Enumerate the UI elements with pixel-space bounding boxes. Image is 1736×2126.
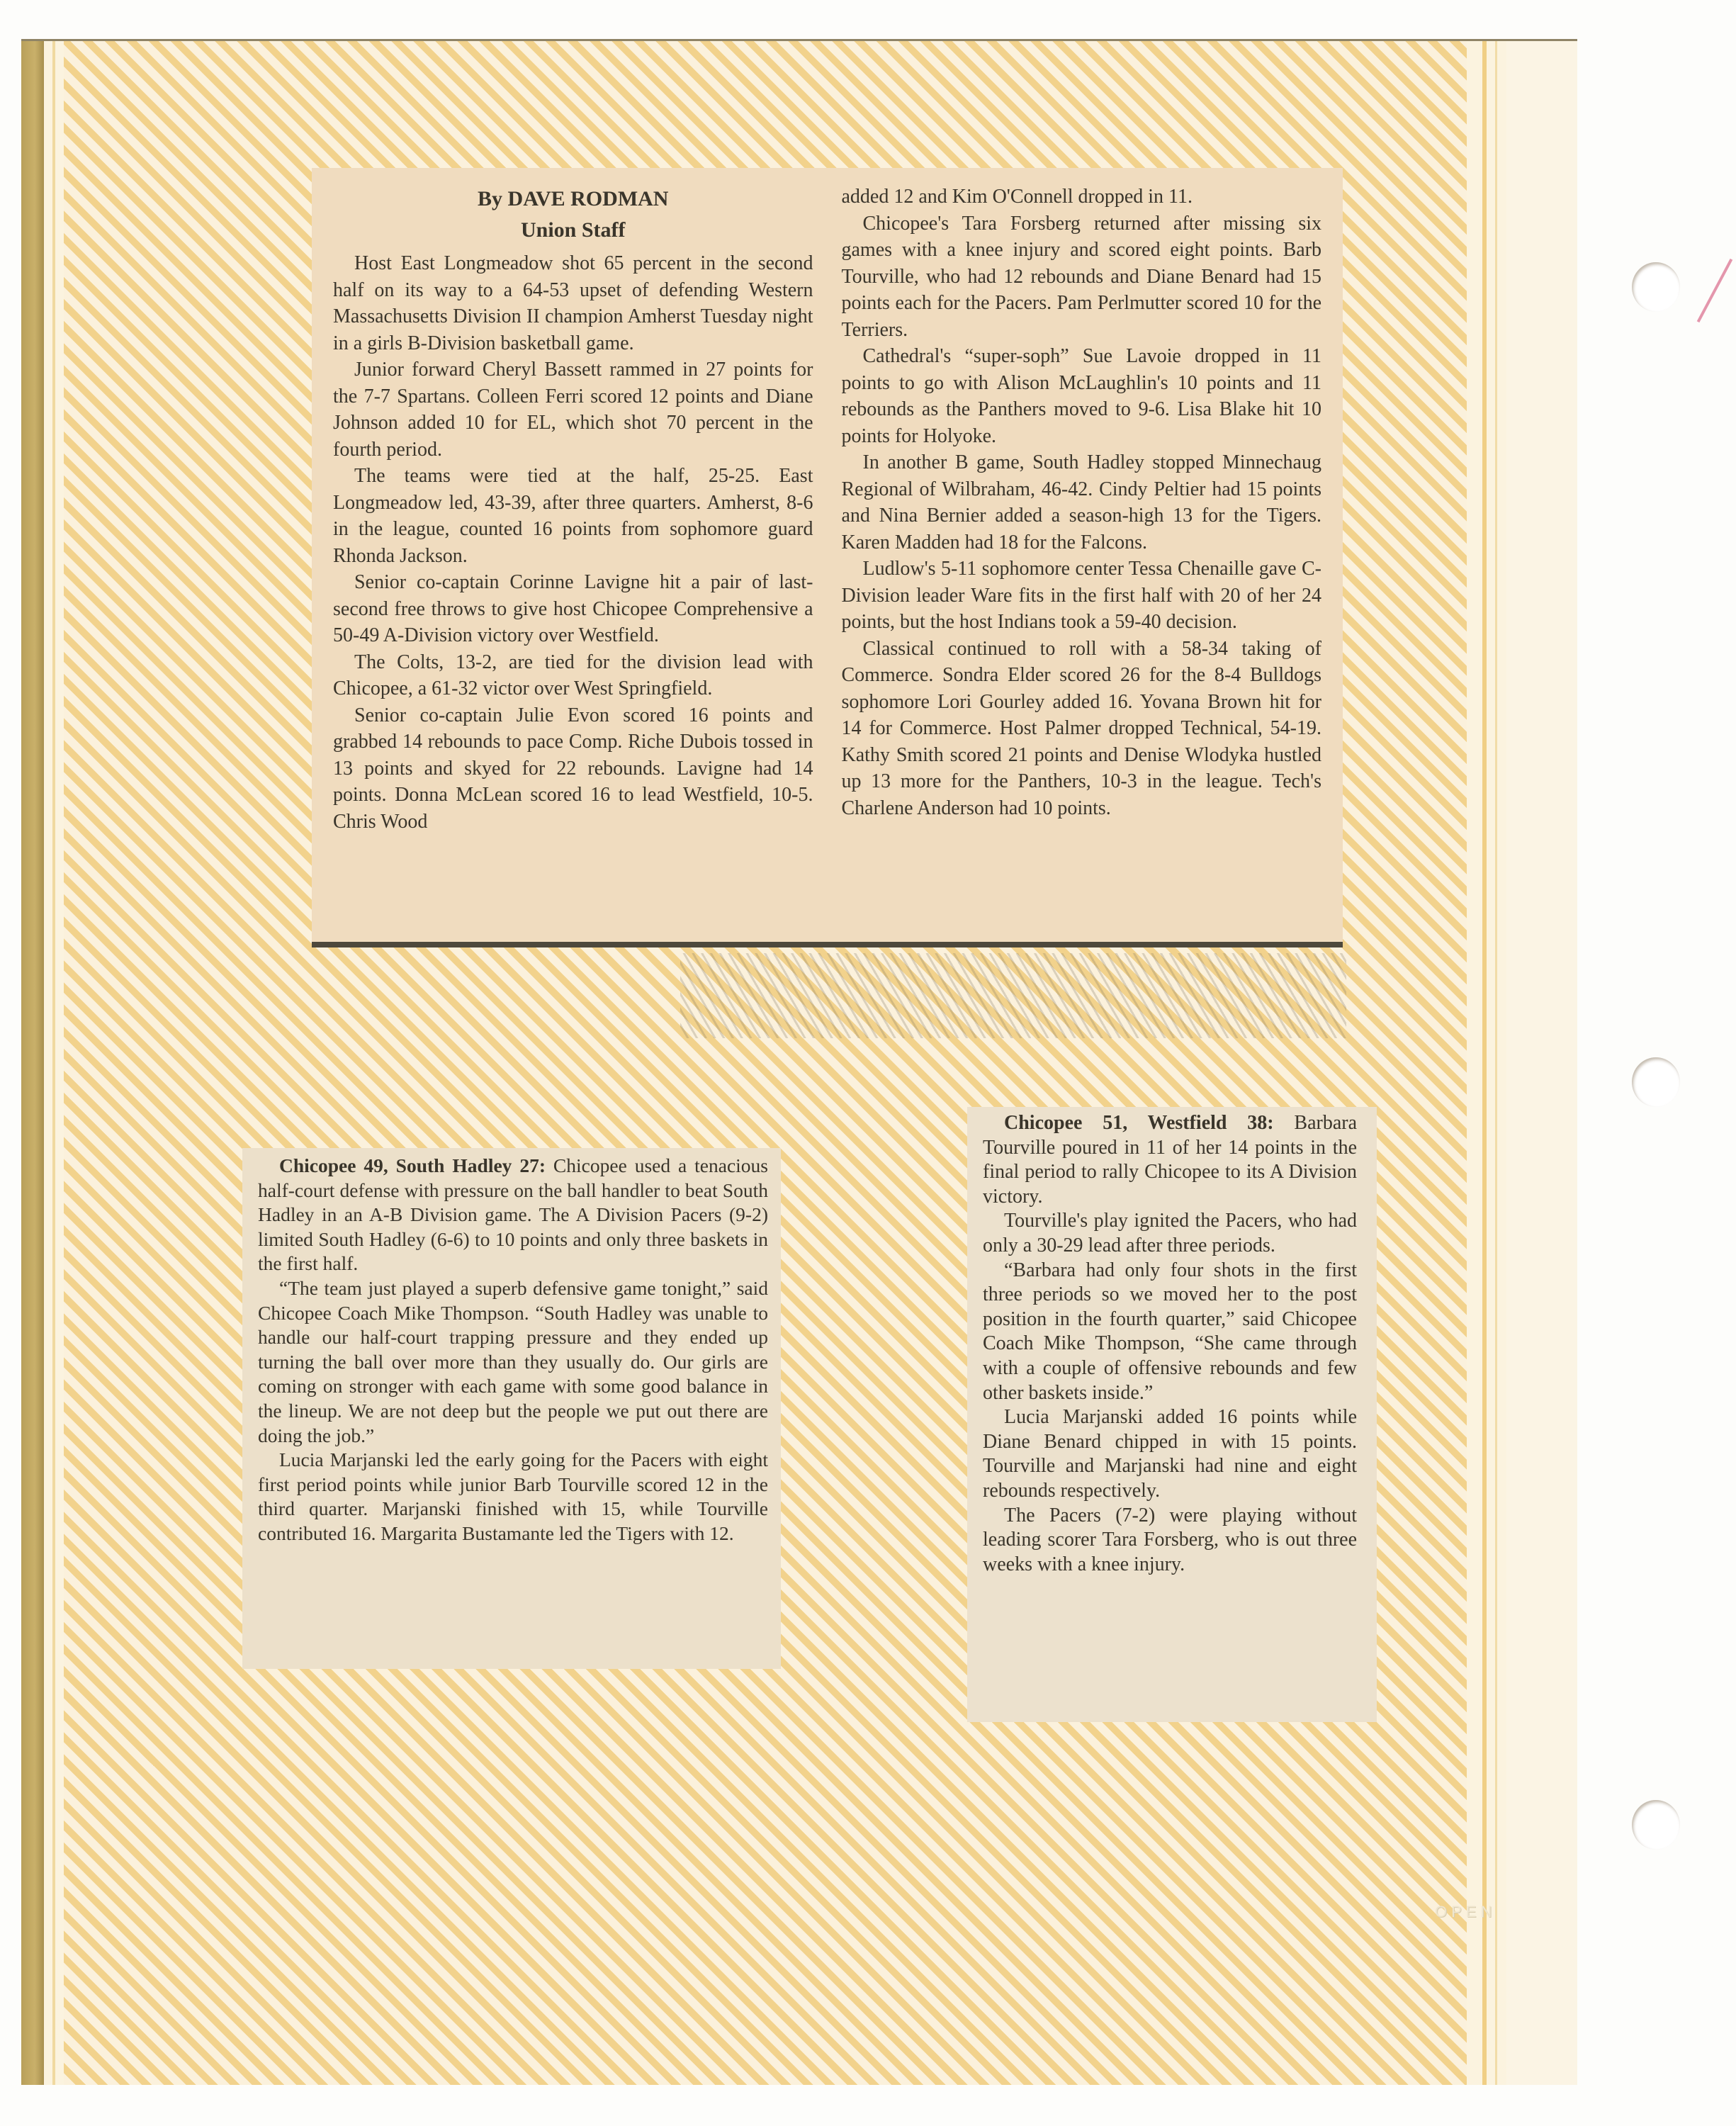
byline-staff: Union Staff — [333, 215, 813, 246]
gilded-edge — [21, 41, 44, 2085]
paragraph: “Barbara had only four shots in the firs… — [983, 1259, 1357, 1406]
paragraph: Host East Longmeadow shot 65 percent in … — [333, 250, 813, 356]
paragraph: Cathedral's “super-soph” Sue Lavoie drop… — [842, 343, 1322, 449]
paragraph: Chicopee 51, Westfield 38: Barbara Tourv… — [983, 1111, 1357, 1209]
binder-hole-icon — [1632, 262, 1680, 312]
paragraph: The Colts, 13-2, are tied for the divisi… — [333, 649, 813, 702]
headline: Chicopee 51, Westfield 38: — [1004, 1112, 1274, 1134]
paragraph: Senior co-captain Julie Evon scored 16 p… — [333, 702, 813, 836]
pencil-mark — [1697, 259, 1732, 322]
paragraph: The Pacers (7-2) were playing without le… — [983, 1504, 1357, 1577]
column-rule — [312, 942, 1343, 947]
paragraph: Classical continued to roll with a 58-34… — [842, 636, 1322, 822]
paragraph: Ludlow's 5-11 sophomore center Tessa Che… — [842, 556, 1322, 636]
glue-shadow — [680, 953, 1346, 1038]
paragraph: Junior forward Cheryl Bassett rammed in … — [333, 356, 813, 463]
margin-rule-right-thin — [1495, 41, 1497, 2085]
embossed-label: OPEN — [1435, 1903, 1496, 1921]
paragraph: Senior co-captain Corinne Lavigne hit a … — [333, 569, 813, 649]
margin-rule-right — [1482, 41, 1487, 2085]
column-1: By DAVE RODMAN Union Staff Host East Lon… — [333, 184, 813, 835]
paragraph: The teams were tied at the half, 25-25. … — [333, 463, 813, 569]
column-2: added 12 and Kim O'Connell dropped in 11… — [842, 184, 1322, 835]
paragraph: Chicopee 49, South Hadley 27: Chicopee u… — [258, 1154, 768, 1276]
binder-tab — [1506, 41, 1577, 2085]
paragraph: Tourville's play ignited the Pacers, who… — [983, 1209, 1357, 1258]
paragraph: Chicopee's Tara Forsberg returned after … — [842, 210, 1322, 344]
headline: Chicopee 49, South Hadley 27: — [279, 1154, 546, 1176]
paragraph: In another B game, South Hadley stopped … — [842, 449, 1322, 556]
paragraph: Lucia Marjanski led the early going for … — [258, 1448, 768, 1546]
byline: By DAVE RODMAN — [333, 184, 813, 215]
paragraph: Lucia Marjanski added 16 points while Di… — [983, 1405, 1357, 1503]
binder-hole-icon — [1632, 1800, 1680, 1850]
paragraph: “The team just played a superb defensive… — [258, 1276, 768, 1448]
clipping-westfield: Chicopee 51, Westfield 38: Barbara Tourv… — [967, 1107, 1377, 1722]
clipping-south-hadley: Chicopee 49, South Hadley 27: Chicopee u… — [242, 1148, 781, 1669]
margin-rule — [52, 41, 55, 2085]
binder-hole-icon — [1632, 1057, 1680, 1107]
clipping-main: By DAVE RODMAN Union Staff Host East Lon… — [312, 168, 1343, 947]
paragraph: added 12 and Kim O'Connell dropped in 11… — [842, 184, 1322, 210]
